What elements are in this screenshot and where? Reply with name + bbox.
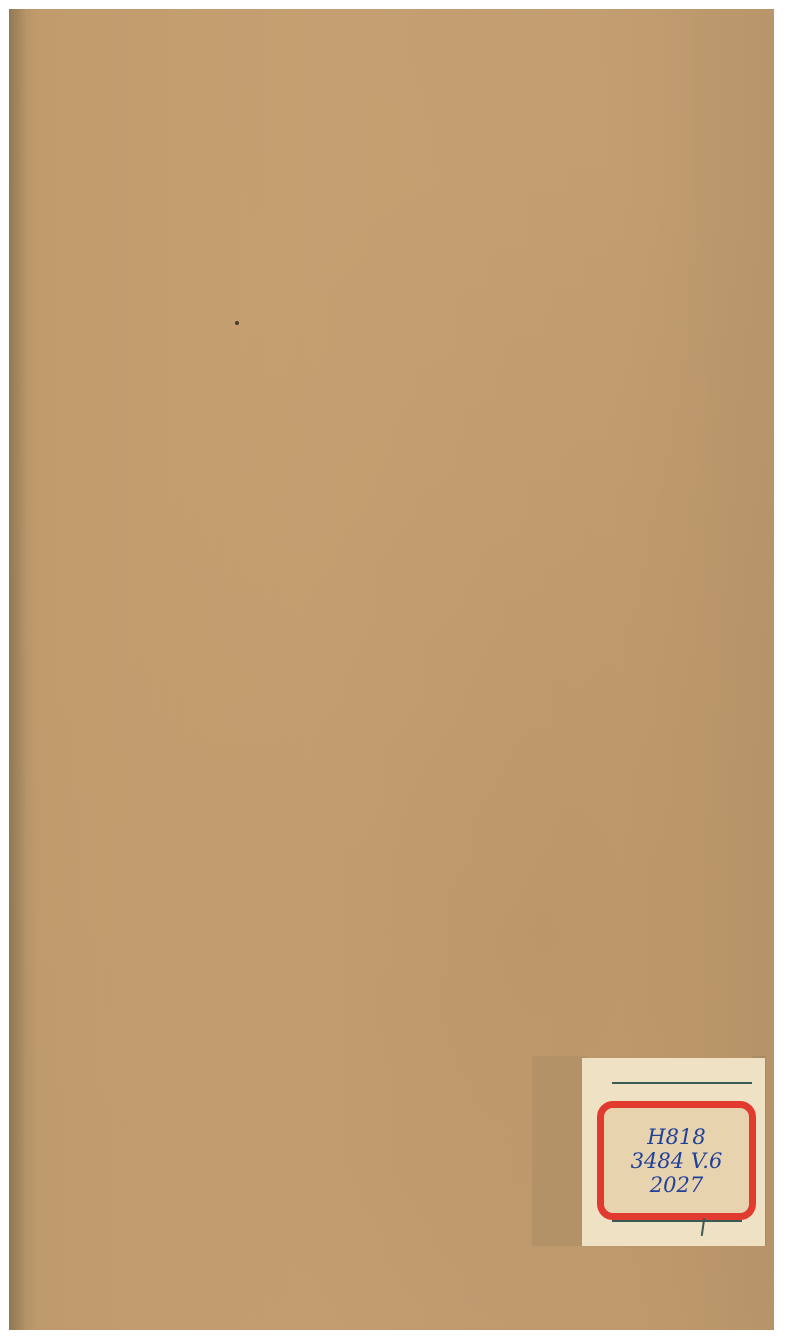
cover-speck — [235, 321, 239, 325]
cover-edge-shadow — [9, 9, 27, 1330]
label-rule-top — [612, 1082, 752, 1084]
call-number-box: H818 3484 V.6 2027 — [597, 1101, 756, 1220]
call-number-label: H818 3484 V.6 2027 — [582, 1058, 765, 1246]
label-tape — [532, 1056, 587, 1246]
call-number-line-2: 3484 V.6 — [631, 1149, 723, 1173]
call-number-line-3: 2027 — [650, 1173, 703, 1197]
call-number-line-1: H818 — [647, 1125, 705, 1149]
label-rule-bottom — [612, 1220, 742, 1222]
